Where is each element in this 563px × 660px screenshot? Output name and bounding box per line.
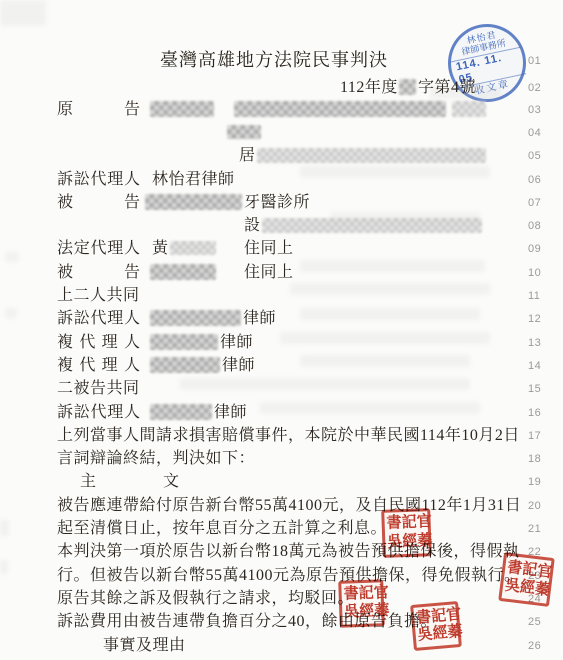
doc-text: 被告 (57, 262, 140, 283)
clerk-seal-stamp: 書記官吳經蓁 (381, 508, 432, 558)
doc-text: 林怡君律師 (152, 169, 235, 190)
line-number: 03 (528, 104, 554, 116)
line-number: 13 (528, 337, 554, 349)
doc-text: 112年度 (340, 77, 398, 98)
doc-text: 牙醫診所 (244, 192, 310, 213)
doc-text: 律師 (214, 402, 247, 423)
doc-text: 事實及理由 (103, 635, 186, 656)
doc-text: 律師 (220, 332, 253, 353)
doc-text: 住同上 (244, 238, 294, 259)
doc-text: 字第4號 (418, 77, 476, 98)
doc-line: 設08 (0, 215, 563, 237)
doc-text: 設 (244, 215, 261, 236)
line-number: 09 (528, 243, 554, 255)
document-page: 林怡君 律師事務所 114. 11. 05 收文章 臺灣高雄地方法院民事判決01… (0, 0, 563, 660)
doc-line: 訴訟代理人林怡君律師06 (0, 169, 563, 191)
doc-text: 律師 (222, 355, 255, 376)
redacted-region (150, 101, 214, 117)
doc-text: 起至清償日止，按年息百分之五計算之利息。 (57, 518, 519, 539)
doc-line: 04 (0, 122, 563, 144)
redacted-region (150, 334, 218, 350)
line-number: 10 (528, 267, 554, 279)
line-number: 21 (528, 523, 554, 535)
doc-text: 複代理人 (57, 332, 140, 353)
redacted-region (150, 357, 220, 373)
redacted-region (234, 101, 446, 117)
doc-line: 被告牙醫診所07 (0, 192, 563, 214)
doc-text: 主 (80, 471, 97, 492)
doc-line: 訴訟代理人律師12 (0, 308, 563, 330)
redacted-region (145, 194, 242, 210)
doc-text: 上列當事人間請求損害賠償事件，本院於中華民國114年10月2日 (57, 425, 519, 446)
clerk-seal-stamp: 書記官吳經蓁 (498, 552, 555, 607)
doc-line: 臺灣高雄地方法院民事判決01 (0, 50, 563, 72)
doc-text: 訴訟代理人 (57, 402, 140, 423)
doc-text: 文 (163, 471, 180, 492)
doc-line: 原告其餘之訴及假執行之請求，均駁回。24 (0, 588, 563, 610)
doc-line: 訴訟費用由被告連帶負擔百分之40，餘由原告負擔。25 (0, 611, 563, 633)
doc-text: 言詞辯論終結，判決如下： (57, 448, 519, 469)
doc-text: 上二人共同 (57, 285, 140, 306)
doc-line: 法定代理人黃住同上09 (0, 238, 563, 260)
line-number: 18 (528, 453, 554, 465)
line-number: 07 (528, 197, 554, 209)
line-number: 17 (528, 430, 554, 442)
doc-line: 主文19 (0, 471, 563, 493)
line-number: 26 (528, 640, 554, 652)
line-number: 16 (528, 407, 554, 419)
doc-text: 行。但被告以新台幣55萬4100元為原告預供擔保，得免假執行。 (57, 565, 519, 586)
clerk-seal-name: 吳經蓁 (344, 604, 380, 620)
doc-line: 居05 (0, 145, 563, 167)
line-number: 11 (528, 290, 554, 302)
redacted-region (150, 264, 216, 280)
clerk-seal-title: 書記官 (343, 586, 379, 602)
doc-text: 訴訟代理人 (57, 169, 140, 190)
doc-text: 被告應連帶給付原告新台幣55萬4100元，及自民國112年1月31日 (57, 495, 519, 516)
doc-line: 言詞辯論終結，判決如下：18 (0, 448, 563, 470)
clerk-seal-title: 書記官 (386, 516, 425, 532)
line-number: 01 (528, 55, 554, 67)
doc-text: 二被告共同 (57, 378, 140, 399)
redacted-region (150, 310, 241, 326)
line-number: 08 (528, 220, 554, 232)
line-number: 14 (528, 360, 554, 372)
doc-line: 事實及理由26 (0, 635, 563, 657)
doc-line: 複代理人律師14 (0, 355, 563, 377)
doc-line: 訴訟代理人律師16 (0, 402, 563, 424)
doc-line: 二被告共同15 (0, 378, 563, 400)
redacted-region (452, 101, 486, 117)
clerk-seal-stamp: 書記官吳經蓁 (338, 579, 385, 628)
line-number: 20 (528, 500, 554, 512)
doc-line: 上列當事人間請求損害賠償事件，本院於中華民國114年10月2日17 (0, 425, 563, 447)
redacted-region (150, 404, 212, 420)
doc-text: 住同上 (244, 262, 294, 283)
line-number: 06 (528, 174, 554, 186)
line-number: 04 (528, 127, 554, 139)
doc-text: 被告 (57, 192, 140, 213)
redacted-region (170, 241, 216, 255)
doc-line: 複代理人律師13 (0, 332, 563, 354)
doc-line: 行。但被告以新台幣55萬4100元為原告預供擔保，得免假執行。23 (0, 565, 563, 587)
doc-line: 被告應連帶給付原告新台幣55萬4100元，及自民國112年1月31日20 (0, 495, 563, 517)
scan-noise (0, 0, 46, 26)
doc-line: 112年度字第4號02 (0, 77, 563, 99)
redacted-region (399, 79, 416, 95)
clerk-seal-name: 吳經蓁 (417, 626, 456, 644)
doc-line: 本判決第一項於原告以新台幣18萬元為被告預供擔保後，得假執22 (0, 541, 563, 563)
doc-text: 複代理人 (57, 355, 140, 376)
line-number: 19 (528, 476, 554, 488)
line-number: 05 (528, 150, 554, 162)
doc-text: 臺灣高雄地方法院民事判決 (160, 50, 388, 71)
doc-line: 被告住同上10 (0, 262, 563, 284)
doc-text: 本判決第一項於原告以新台幣18萬元為被告預供擔保後，得假執 (57, 541, 519, 562)
redacted-region (257, 148, 486, 163)
clerk-seal-stamp: 書記官吳經蓁 (410, 601, 462, 651)
clerk-seal-name: 吳經蓁 (504, 579, 547, 599)
clerk-seal-name: 吳經蓁 (387, 534, 426, 550)
doc-text: 律師 (243, 308, 276, 329)
redacted-region (262, 218, 482, 233)
line-number: 15 (528, 383, 554, 395)
doc-text: 訴訟代理人 (57, 308, 140, 329)
line-number: 25 (528, 616, 554, 628)
redacted-region (227, 125, 261, 139)
doc-line: 原告03 (0, 99, 563, 121)
line-number: 12 (528, 313, 554, 325)
doc-line: 起至清償日止，按年息百分之五計算之利息。21 (0, 518, 563, 540)
doc-text: 法定代理人 (57, 238, 140, 259)
doc-line: 上二人共同11 (0, 285, 563, 307)
doc-text: 居 (239, 145, 256, 166)
line-number: 02 (528, 82, 554, 94)
doc-text: 黃 (152, 238, 169, 259)
doc-text: 原告 (57, 99, 140, 120)
